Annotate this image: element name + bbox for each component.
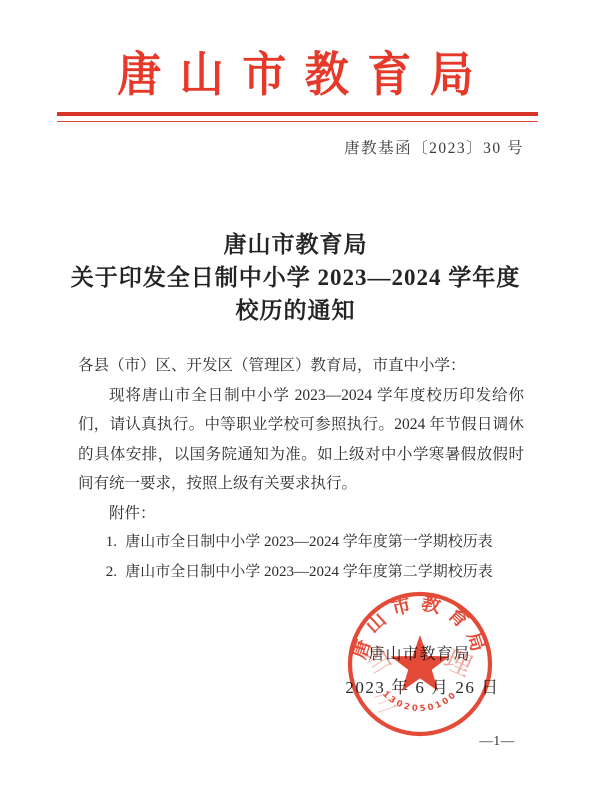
attachment-item-1: 1. 唐山市全日制中小学 2023—2024 学年度第一学期校历表: [78, 528, 524, 558]
letterhead-agency-name: 唐山市教育局: [0, 44, 591, 109]
attachments-label: 附件：: [78, 499, 524, 529]
page-number: —1—: [462, 733, 532, 749]
divider-thin-line: [57, 121, 538, 123]
attachment-1-text: 唐山市全日制中小学 2023—2024 学年度第一学期校历表: [125, 528, 493, 558]
attachment-2-index: 2.: [106, 558, 117, 588]
title-line-2: 关于印发全日制中小学 2023—2024 学年度: [40, 261, 551, 294]
issue-date: 2023 年 6 月 26 日: [335, 676, 510, 700]
title-line-3: 校历的通知: [40, 294, 551, 327]
title-line-1: 唐山市教育局: [40, 228, 551, 261]
attachment-2-text: 唐山市全日制中小学 2023—2024 学年度第二学期校历表: [125, 558, 493, 588]
body-paragraph: 现将唐山市全日制中小学 2023—2024 学年度校历印发给你们，请认真执行。中…: [78, 381, 524, 499]
attachment-item-2: 2. 唐山市全日制中小学 2023—2024 学年度第二学期校历表: [78, 558, 524, 588]
letterhead-divider: [57, 112, 538, 122]
attachment-1-index: 1.: [106, 528, 117, 558]
official-document-page: 唐山市教育局 唐教基函〔2023〕30 号 唐山市教育局 关于印发全日制中小学 …: [0, 0, 591, 789]
issuer-name: 唐山市教育局: [347, 645, 492, 665]
document-body: 各县（市）区、开发区（管理区）教育局，市直中小学： 现将唐山市全日制中小学 20…: [78, 351, 524, 587]
document-number: 唐教基函〔2023〕30 号: [344, 138, 524, 160]
document-title: 唐山市教育局 关于印发全日制中小学 2023—2024 学年度 校历的通知: [40, 228, 551, 327]
salutation: 各县（市）区、开发区（管理区）教育局，市直中小学：: [78, 351, 524, 381]
